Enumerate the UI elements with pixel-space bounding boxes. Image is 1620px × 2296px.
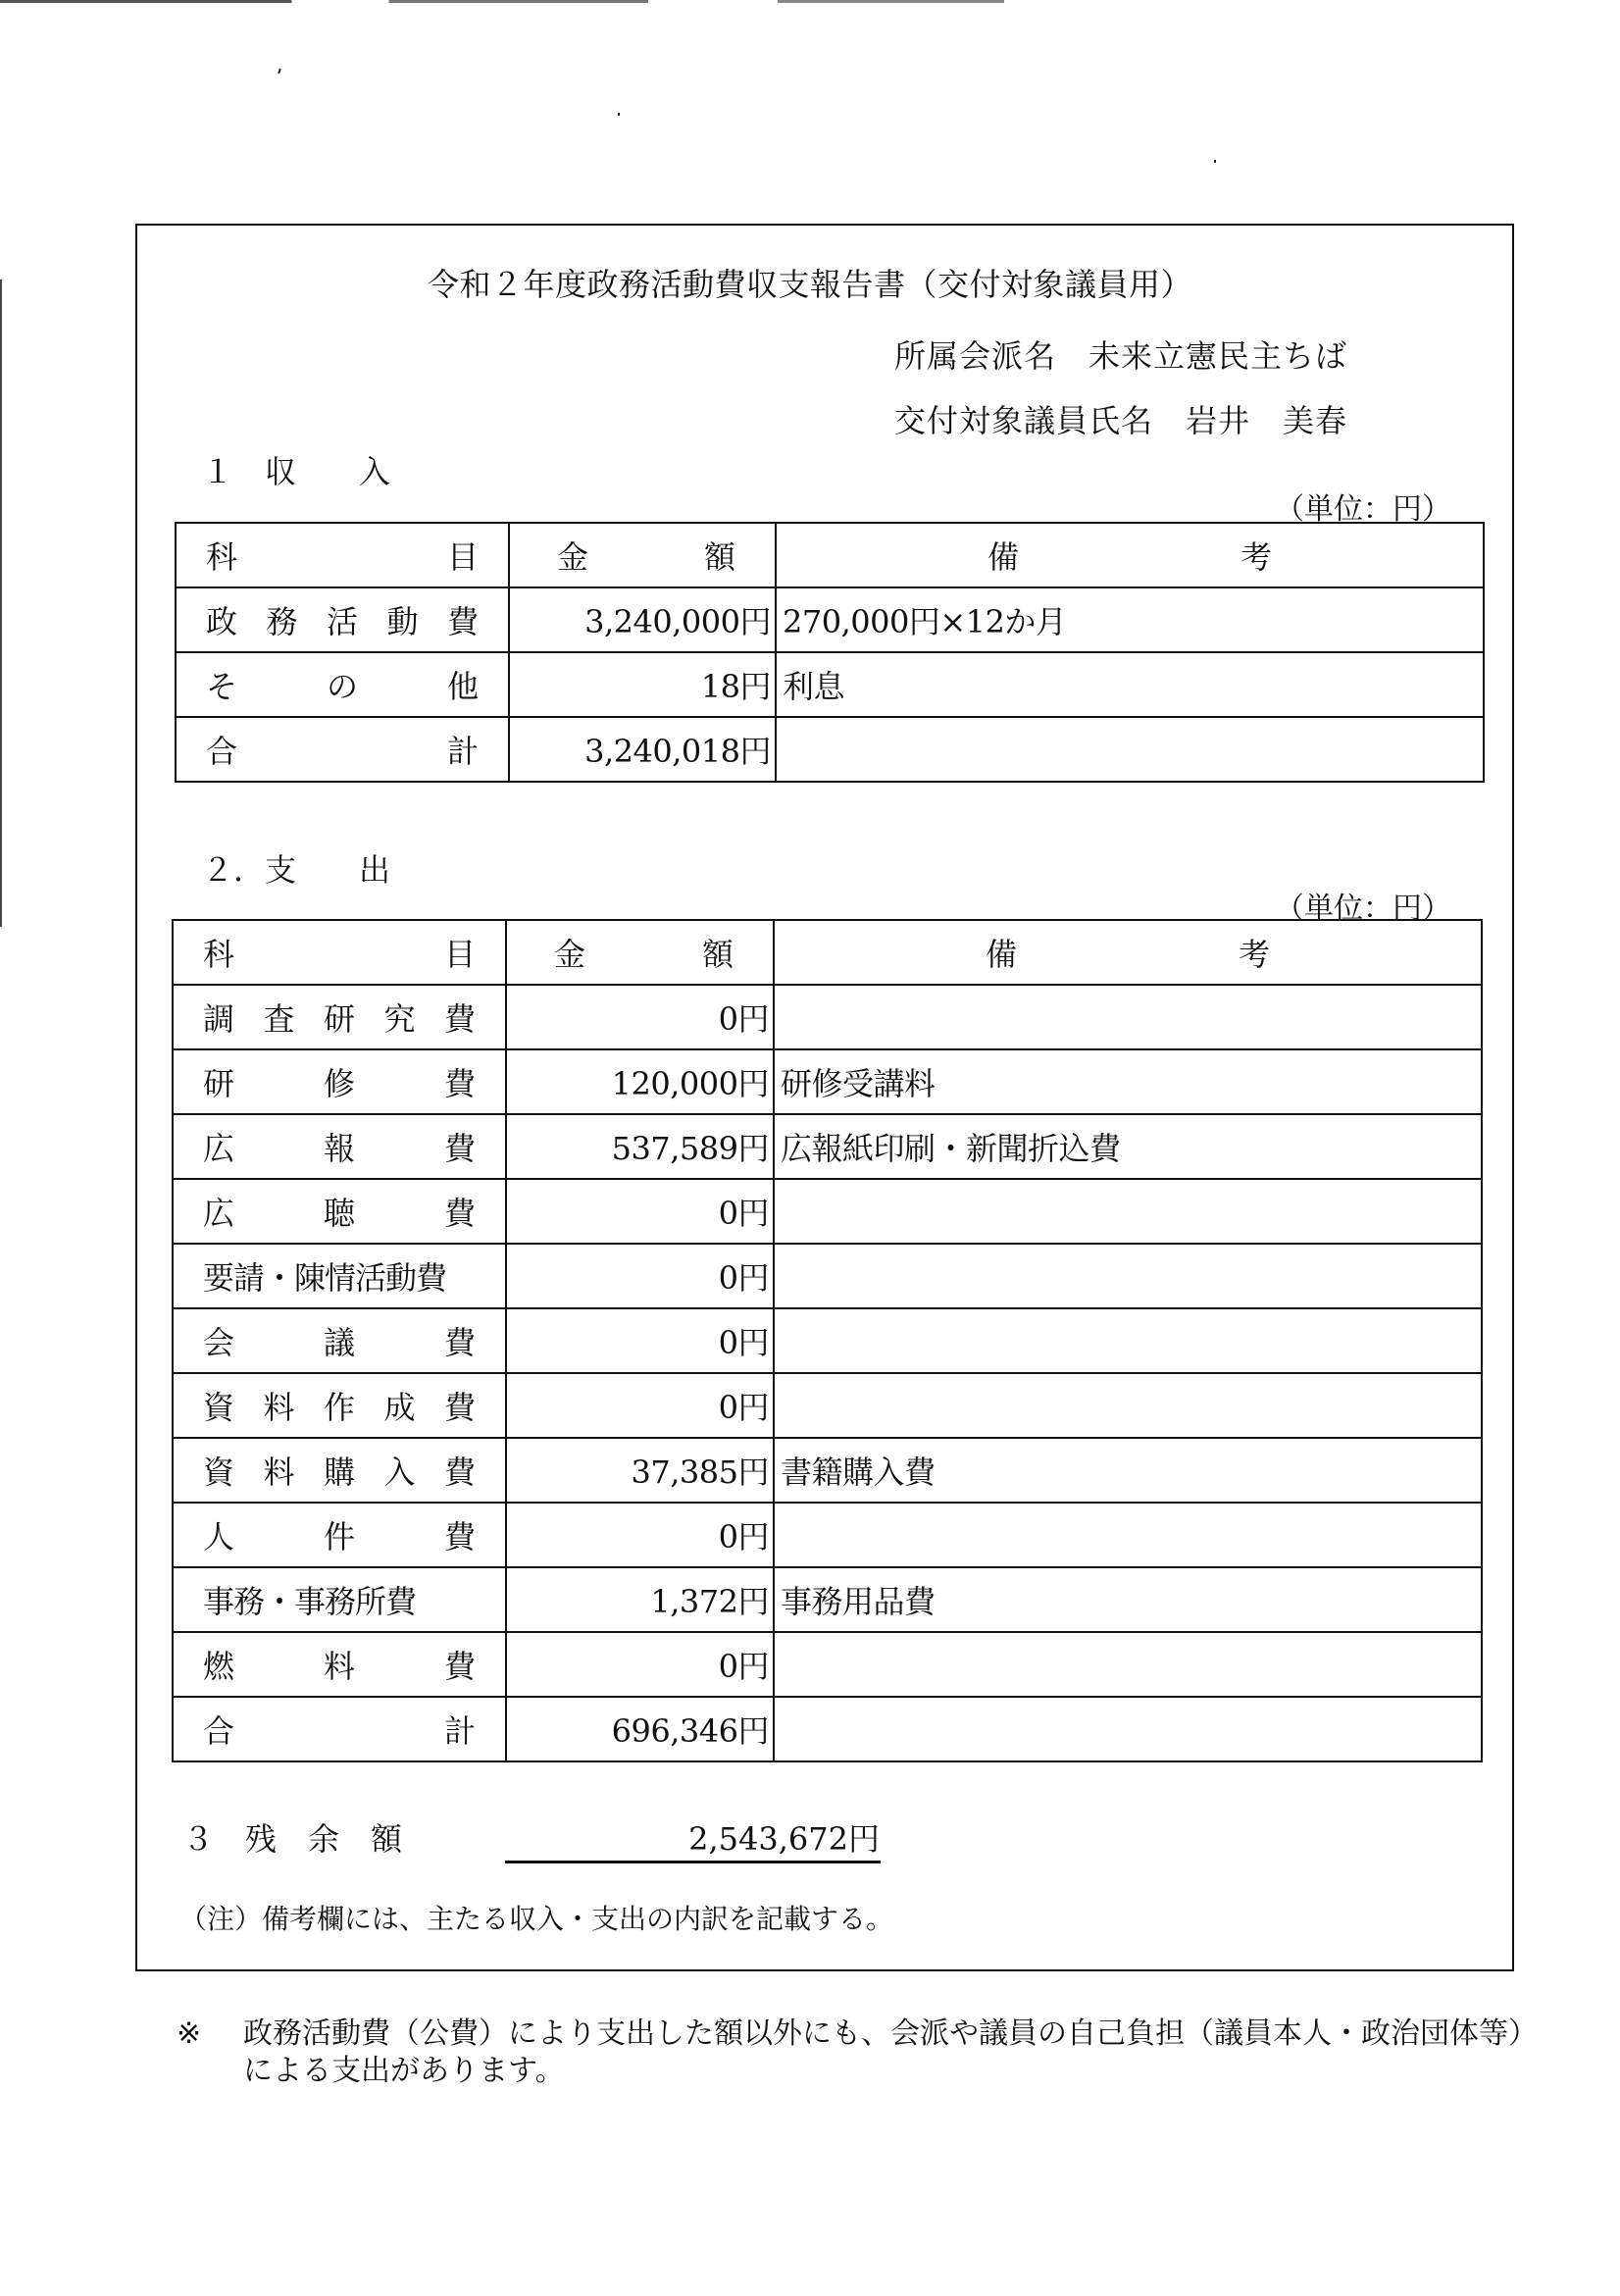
scan-speck: [618, 113, 620, 116]
category-char: 成: [383, 1383, 415, 1428]
header-char: 額: [702, 930, 734, 975]
faction-line: 所属会派名 未来立憲民主ちば: [894, 332, 1347, 377]
category-char: 広: [203, 1124, 234, 1169]
category-char: 計: [444, 1707, 476, 1752]
category-char: 修: [324, 1059, 355, 1104]
amount-cell: 696,346円: [506, 1697, 774, 1761]
expense-row: 研修費120,000円研修受講料: [173, 1049, 1482, 1114]
member-label: 交付対象議員氏名: [894, 402, 1153, 439]
expense-header-row: 科目金額備考: [173, 920, 1482, 985]
category-char: 政: [206, 597, 237, 642]
header-char: 考: [1239, 930, 1270, 975]
faction-name: 未来立憲民主ちば: [1088, 337, 1347, 375]
category-cell: 人件費: [173, 1503, 506, 1567]
category-cell: 政務活動費: [176, 587, 509, 652]
report-title: 令和２年度政務活動費収支報告書（交付対象議員用）: [0, 260, 1620, 305]
expense-row: 会議費0円: [173, 1308, 1482, 1373]
note-cell: 270,000円×12か月: [776, 587, 1484, 652]
expense-row: 合計696,346円: [173, 1697, 1482, 1761]
header-char: 備: [986, 930, 1017, 975]
category-char: 事務・事務所費: [203, 1577, 416, 1622]
expense-table: 科目金額備考調査研究費0円研修費120,000円研修受講料広報費537,589円…: [172, 919, 1483, 1762]
category-char: 費: [444, 1124, 476, 1169]
category-cell: 要請・陳情活動費: [173, 1244, 506, 1308]
amount-cell: 18円: [509, 652, 776, 717]
category-char: 合: [206, 727, 237, 772]
header-note: 備考: [774, 920, 1482, 985]
note-cell: [774, 1179, 1482, 1244]
category-char: 広: [203, 1189, 234, 1234]
amount-cell: 0円: [506, 1373, 774, 1438]
category-char: 購: [324, 1448, 355, 1493]
note-cell: [776, 717, 1484, 782]
note-cell: [774, 985, 1482, 1049]
expense-row: 人件費0円: [173, 1503, 1482, 1567]
faction-label: 所属会派名: [894, 337, 1056, 375]
category-char: 研: [203, 1059, 234, 1104]
scan-speck: [1214, 160, 1216, 163]
amount-cell: 3,240,000円: [509, 587, 776, 652]
income-table: 科目金額備考政務活動費3,240,000円270,000円×12か月その他18円…: [175, 522, 1485, 783]
category-char: 査: [263, 995, 294, 1040]
balance-label: ３ 残 余 額: [182, 1814, 402, 1860]
category-char: の: [327, 662, 358, 707]
category-cell: その他: [176, 652, 509, 717]
category-char: 活: [327, 597, 358, 642]
income-heading: １ 収 入: [202, 447, 390, 492]
category-char: 件: [324, 1512, 355, 1557]
category-char: 費: [447, 597, 479, 642]
category-cell: 合計: [173, 1697, 506, 1761]
note-cell: 広報紙印刷・新聞折込費: [774, 1114, 1482, 1179]
amount-cell: 0円: [506, 1244, 774, 1308]
amount-cell: 0円: [506, 1503, 774, 1567]
header-note: 備考: [776, 523, 1484, 587]
category-cell: 会議費: [173, 1308, 506, 1373]
note-cell: [774, 1373, 1482, 1438]
category-char: 費: [444, 995, 476, 1040]
category-cell: 広報費: [173, 1114, 506, 1179]
header-char: 備: [987, 533, 1019, 578]
category-char: 聴: [324, 1189, 355, 1234]
note-cell: 利息: [776, 652, 1484, 717]
category-char: 作: [324, 1383, 355, 1428]
category-char: 費: [444, 1189, 476, 1234]
category-char: 人: [203, 1512, 234, 1557]
expense-row: 広聴費0円: [173, 1179, 1482, 1244]
expense-row: 調査研究費0円: [173, 985, 1482, 1049]
header-char: 金: [557, 533, 588, 578]
note-cell: 事務用品費: [774, 1567, 1482, 1632]
header-char: 科: [203, 930, 234, 975]
scan-edge-left: [0, 280, 2, 927]
amount-cell: 37,385円: [506, 1438, 774, 1503]
note-cell: [774, 1244, 1482, 1308]
header-char: 考: [1240, 533, 1272, 578]
header-char: 額: [704, 533, 735, 578]
category-char: 会: [203, 1318, 234, 1363]
category-cell: 広聴費: [173, 1179, 506, 1244]
category-char: 費: [444, 1448, 476, 1493]
category-char: 費: [444, 1383, 476, 1428]
income-row: 合計3,240,018円: [176, 717, 1484, 782]
amount-cell: 0円: [506, 1632, 774, 1697]
income-header-row: 科目金額備考: [176, 523, 1484, 587]
expense-row: 広報費537,589円広報紙印刷・新聞折込費: [173, 1114, 1482, 1179]
disclaimer: ※ 政務活動費（公費）により支出した額以外にも、会派や議員の自己負担（議員本人・…: [177, 2015, 1538, 2090]
category-char: 報: [324, 1124, 355, 1169]
scan-speck: [278, 69, 281, 74]
header-category: 科目: [176, 523, 509, 587]
category-char: 合: [203, 1707, 234, 1752]
category-char: 要請・陳情活動費: [203, 1253, 446, 1299]
header-amount: 金額: [509, 523, 776, 587]
income-row: その他18円利息: [176, 652, 1484, 717]
category-char: 計: [447, 727, 479, 772]
category-char: 資: [203, 1383, 234, 1428]
scan-edge-top: [0, 0, 1620, 3]
category-cell: 研修費: [173, 1049, 506, 1114]
header-char: 科: [206, 533, 237, 578]
note-cell: 研修受講料: [774, 1049, 1482, 1114]
amount-cell: 120,000円: [506, 1049, 774, 1114]
category-cell: 調査研究費: [173, 985, 506, 1049]
category-char: 動: [386, 597, 418, 642]
expense-row: 資料作成費0円: [173, 1373, 1482, 1438]
category-char: 議: [324, 1318, 355, 1363]
note-cell: [774, 1697, 1482, 1761]
disclaimer-text: 政務活動費（公費）により支出した額以外にも、会派や議員の自己負担（議員本人・政治…: [243, 2015, 1538, 2090]
category-cell: 資料作成費: [173, 1373, 506, 1438]
expense-heading: ２．支 出: [202, 845, 390, 891]
category-char: 費: [444, 1318, 476, 1363]
category-char: 究: [383, 995, 415, 1040]
note-cell: 書籍購入費: [774, 1438, 1482, 1503]
category-cell: 合計: [176, 717, 509, 782]
expense-row: 資料購入費37,385円書籍購入費: [173, 1438, 1482, 1503]
note-cell: [774, 1632, 1482, 1697]
note-cell: [774, 1308, 1482, 1373]
amount-cell: 3,240,018円: [509, 717, 776, 782]
reference-mark-icon: ※: [177, 2015, 201, 2053]
footnote: （注）備考欄には、主たる収入・支出の内訳を記載する。: [179, 1898, 893, 1937]
header-char: 金: [554, 930, 585, 975]
category-char: 資: [203, 1448, 234, 1493]
header-char: 目: [444, 930, 476, 975]
balance-value: 2,543,672円: [505, 1814, 880, 1860]
header-char: 目: [447, 533, 479, 578]
category-char: 研: [324, 995, 355, 1040]
header-amount: 金額: [506, 920, 774, 985]
member-name: 岩井 美春: [1186, 402, 1347, 439]
category-char: 料: [263, 1448, 294, 1493]
category-char: 費: [444, 1059, 476, 1104]
amount-cell: 0円: [506, 1179, 774, 1244]
category-char: 費: [444, 1642, 476, 1687]
category-char: 務: [266, 597, 297, 642]
category-char: 料: [263, 1383, 294, 1428]
note-cell: [774, 1503, 1482, 1567]
category-cell: 燃料費: [173, 1632, 506, 1697]
header-category: 科目: [173, 920, 506, 985]
expense-row: 燃料費0円: [173, 1632, 1482, 1697]
amount-cell: 1,372円: [506, 1567, 774, 1632]
expense-row: 事務・事務所費1,372円事務用品費: [173, 1567, 1482, 1632]
amount-cell: 0円: [506, 1308, 774, 1373]
amount-cell: 0円: [506, 985, 774, 1049]
member-line: 交付対象議員氏名 岩井 美春: [894, 396, 1347, 441]
category-char: 費: [444, 1512, 476, 1557]
category-cell: 資料購入費: [173, 1438, 506, 1503]
category-char: 他: [447, 662, 479, 707]
amount-cell: 537,589円: [506, 1114, 774, 1179]
expense-row: 要請・陳情活動費0円: [173, 1244, 1482, 1308]
category-char: 燃: [203, 1642, 234, 1687]
category-char: 料: [324, 1642, 355, 1687]
income-row: 政務活動費3,240,000円270,000円×12か月: [176, 587, 1484, 652]
category-char: そ: [206, 662, 237, 707]
category-char: 入: [383, 1448, 415, 1493]
balance-underline: [505, 1861, 881, 1863]
category-char: 調: [203, 995, 234, 1040]
category-cell: 事務・事務所費: [173, 1567, 506, 1632]
